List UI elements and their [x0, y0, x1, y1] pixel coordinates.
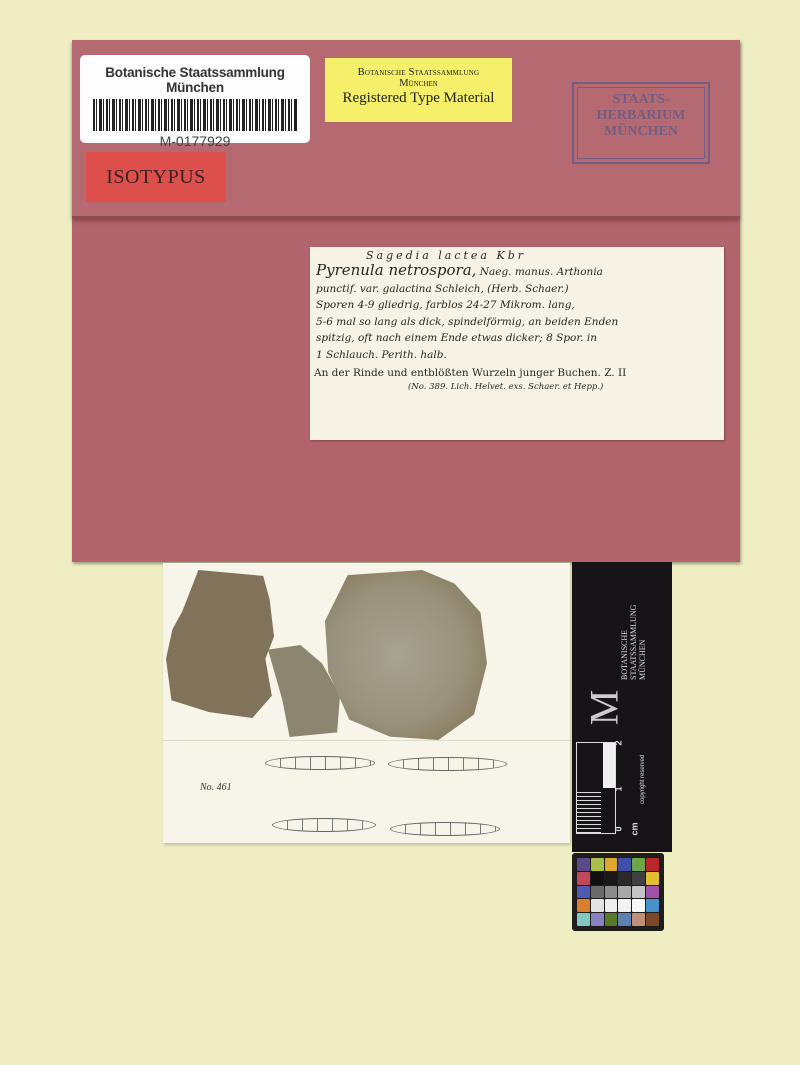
spore-drawing — [388, 757, 507, 771]
species-name: Pyrenula netrospora, — [316, 262, 476, 279]
spore-drawing — [272, 818, 376, 832]
ruler-tick-label: 1 — [614, 786, 624, 791]
color-patch — [591, 872, 604, 885]
color-patch — [591, 858, 604, 871]
stamp-line: MÜNCHEN — [574, 124, 708, 140]
color-patch — [577, 899, 590, 912]
sheet-number: No. 461 — [200, 782, 232, 793]
sheet-fold-line — [163, 740, 570, 741]
spore-drawing — [265, 756, 375, 770]
color-patch — [591, 886, 604, 899]
institution-name: Botanische Staatssammlung München — [80, 65, 310, 95]
color-patch — [577, 886, 590, 899]
color-patch — [618, 886, 631, 899]
copyright-text: copyright reserved — [640, 755, 646, 804]
color-patch — [618, 872, 631, 885]
color-patch — [591, 913, 604, 926]
stamp-line: HERBARIUM — [574, 108, 708, 124]
ruler-unit: cm — [630, 822, 640, 835]
color-patch — [577, 858, 590, 871]
label-line: Naeg. manus. Arthonia — [480, 266, 603, 278]
handwritten-label: Sagedia lactea Kbr Pyrenula netrospora, … — [310, 247, 724, 440]
barcode — [93, 99, 298, 131]
locality: An der Rinde und entblößten Wurzeln jung… — [314, 367, 724, 379]
color-patch — [646, 886, 659, 899]
lichen-bark-fragment — [325, 570, 487, 740]
leaf-logo-icon: M — [580, 690, 627, 726]
type-label-line2: München — [325, 78, 512, 89]
exsiccata-reference: (No. 389. Lich. Helvet. exs. Schaer. et … — [408, 382, 724, 392]
color-patch — [646, 913, 659, 926]
barcode-label: Botanische Staatssammlung München M-0177… — [80, 55, 310, 143]
color-patch — [646, 872, 659, 885]
brand-line: STAATSSAMMLUNG — [629, 605, 638, 680]
color-patch — [632, 858, 645, 871]
color-patch — [577, 872, 590, 885]
type-label-line1: Botanische Staatssammlung — [325, 67, 512, 78]
color-patch — [632, 886, 645, 899]
color-patch — [618, 913, 631, 926]
color-patch — [646, 858, 659, 871]
color-patch — [605, 899, 618, 912]
color-patch — [591, 899, 604, 912]
label-line: 5-6 mal so lang als dick, spindelförmig,… — [316, 314, 724, 331]
color-patch — [577, 913, 590, 926]
scale-bar: BOTANISCHE STAATSSAMMLUNG MÜNCHEN M 2 1 … — [572, 562, 672, 852]
brand-line: BOTANISCHE — [620, 605, 629, 680]
label-title: Sagedia lactea Kbr — [366, 249, 724, 262]
color-patch — [646, 899, 659, 912]
cm-ruler — [576, 742, 616, 834]
color-checker — [572, 853, 664, 931]
color-patch — [618, 858, 631, 871]
herbarium-stamp: STAATS- HERBARIUM MÜNCHEN — [572, 82, 710, 164]
color-patch — [605, 858, 618, 871]
stamp-line: STAATS- — [574, 92, 708, 108]
brand-line: MÜNCHEN — [638, 605, 647, 680]
color-patch — [605, 872, 618, 885]
color-patch — [605, 913, 618, 926]
spore-drawing — [390, 822, 500, 836]
color-patch — [605, 886, 618, 899]
label-line: punctif. var. galactina Schleich, (Herb.… — [316, 281, 724, 298]
ruler-tick-label: 2 — [614, 740, 624, 745]
color-patch — [632, 872, 645, 885]
ruler-tick-label: 0 — [614, 826, 624, 831]
registered-type-label: Botanische Staatssammlung München Regist… — [325, 58, 512, 122]
isotypus-label: ISOTYPUS — [86, 152, 226, 202]
specimen-id: M-0177929 — [80, 133, 310, 149]
color-patch — [618, 899, 631, 912]
label-line: spitzig, oft nach einem Ende etwas dicke… — [316, 330, 724, 347]
type-label-line3: Registered Type Material — [325, 90, 512, 107]
color-patch — [632, 913, 645, 926]
label-line: Sporen 4-9 gliedrig, farblos 24-27 Mikro… — [316, 297, 724, 314]
label-line: 1 Schlauch. Perith. halb. — [316, 347, 724, 364]
brand-text: BOTANISCHE STAATSSAMMLUNG MÜNCHEN — [620, 605, 647, 680]
color-patch — [632, 899, 645, 912]
